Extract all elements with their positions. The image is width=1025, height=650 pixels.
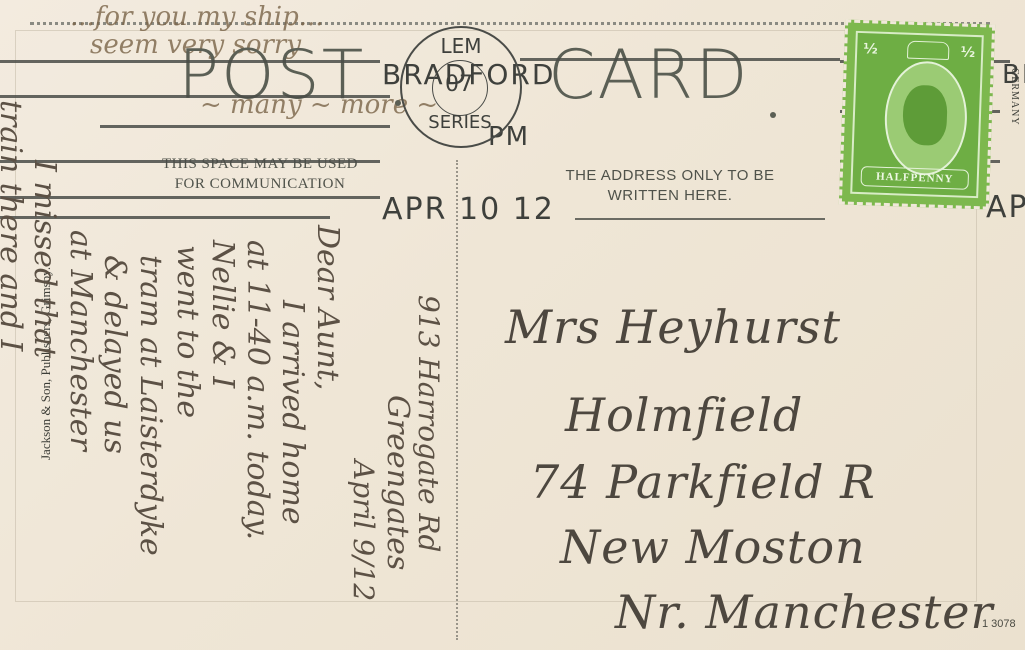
postcard-back: ...for you my ship... seem very sorry ~ … [0,0,1025,650]
stamp-frame: ½ ½ HALFPENNY [850,31,984,198]
circle-text-middle: 07 [432,72,486,97]
address-line: Mrs Heyhurst [505,300,841,354]
address-line: New Moston [560,520,866,574]
caption-rule [575,218,825,220]
postmark-fragment: AP [986,190,1025,225]
caption-line: THE ADDRESS ONLY TO BE [520,166,820,186]
sender-address: 913 Harrogate Rd [412,295,445,552]
message-date: April 9/12 [347,460,380,601]
cancel-line [100,125,390,128]
caption-line: THIS SPACE MAY BE USED [130,154,390,174]
stamp-denomination: ½ [960,44,975,60]
message-line: I arrived home [275,300,310,525]
cancel-line [0,95,390,98]
postmark-date: APR 10 12 [382,192,555,227]
stamp-value-label: HALFPENNY [860,166,969,190]
heading-post: POST [178,42,365,110]
series-circle-stamp: LEM 07 SERIES [400,26,522,148]
circle-text-bottom: SERIES [420,112,500,133]
stamp-denomination: ½ [863,41,878,57]
king-portrait-oval [883,60,969,177]
crosswritten-text: ...for you my ship... [70,2,324,32]
address-caption: THE ADDRESS ONLY TO BE WRITTEN HERE. [520,166,820,206]
address-line: Nr. Manchester [615,585,994,639]
message-line: at Manchester [63,230,98,451]
address-line: 74 Parkfield R [530,455,876,509]
caption-line: WRITTEN HERE. [520,186,820,206]
circle-text-top: LEM [432,34,490,58]
king-portrait-icon [902,85,948,146]
heading-dot [770,112,776,118]
message-line: Nellie & I [205,240,240,388]
cancel-line [0,60,380,63]
message-line: & delayed us [97,255,132,454]
heading-dot [395,100,401,106]
message-line: at 11-40 a.m. today. [240,240,275,540]
address-line: Holmfield [565,388,803,442]
heading-card: CARD [548,42,750,110]
caption-line: FOR COMMUNICATION [130,174,390,194]
sender-town: Greengates [380,395,415,570]
crown-icon [907,41,950,60]
center-divider [456,160,458,640]
message-line: I missed that [27,160,62,358]
cancel-line [520,58,840,61]
message-line: Dear Aunt, [310,225,345,390]
message-line: went to the [170,245,205,418]
halfpenny-stamp: ½ ½ HALFPENNY [839,19,995,209]
message-line: tram at Laisterdyke [133,255,168,556]
message-line: train there and I [0,100,28,351]
country-imprint: GERMANY [1009,68,1020,126]
